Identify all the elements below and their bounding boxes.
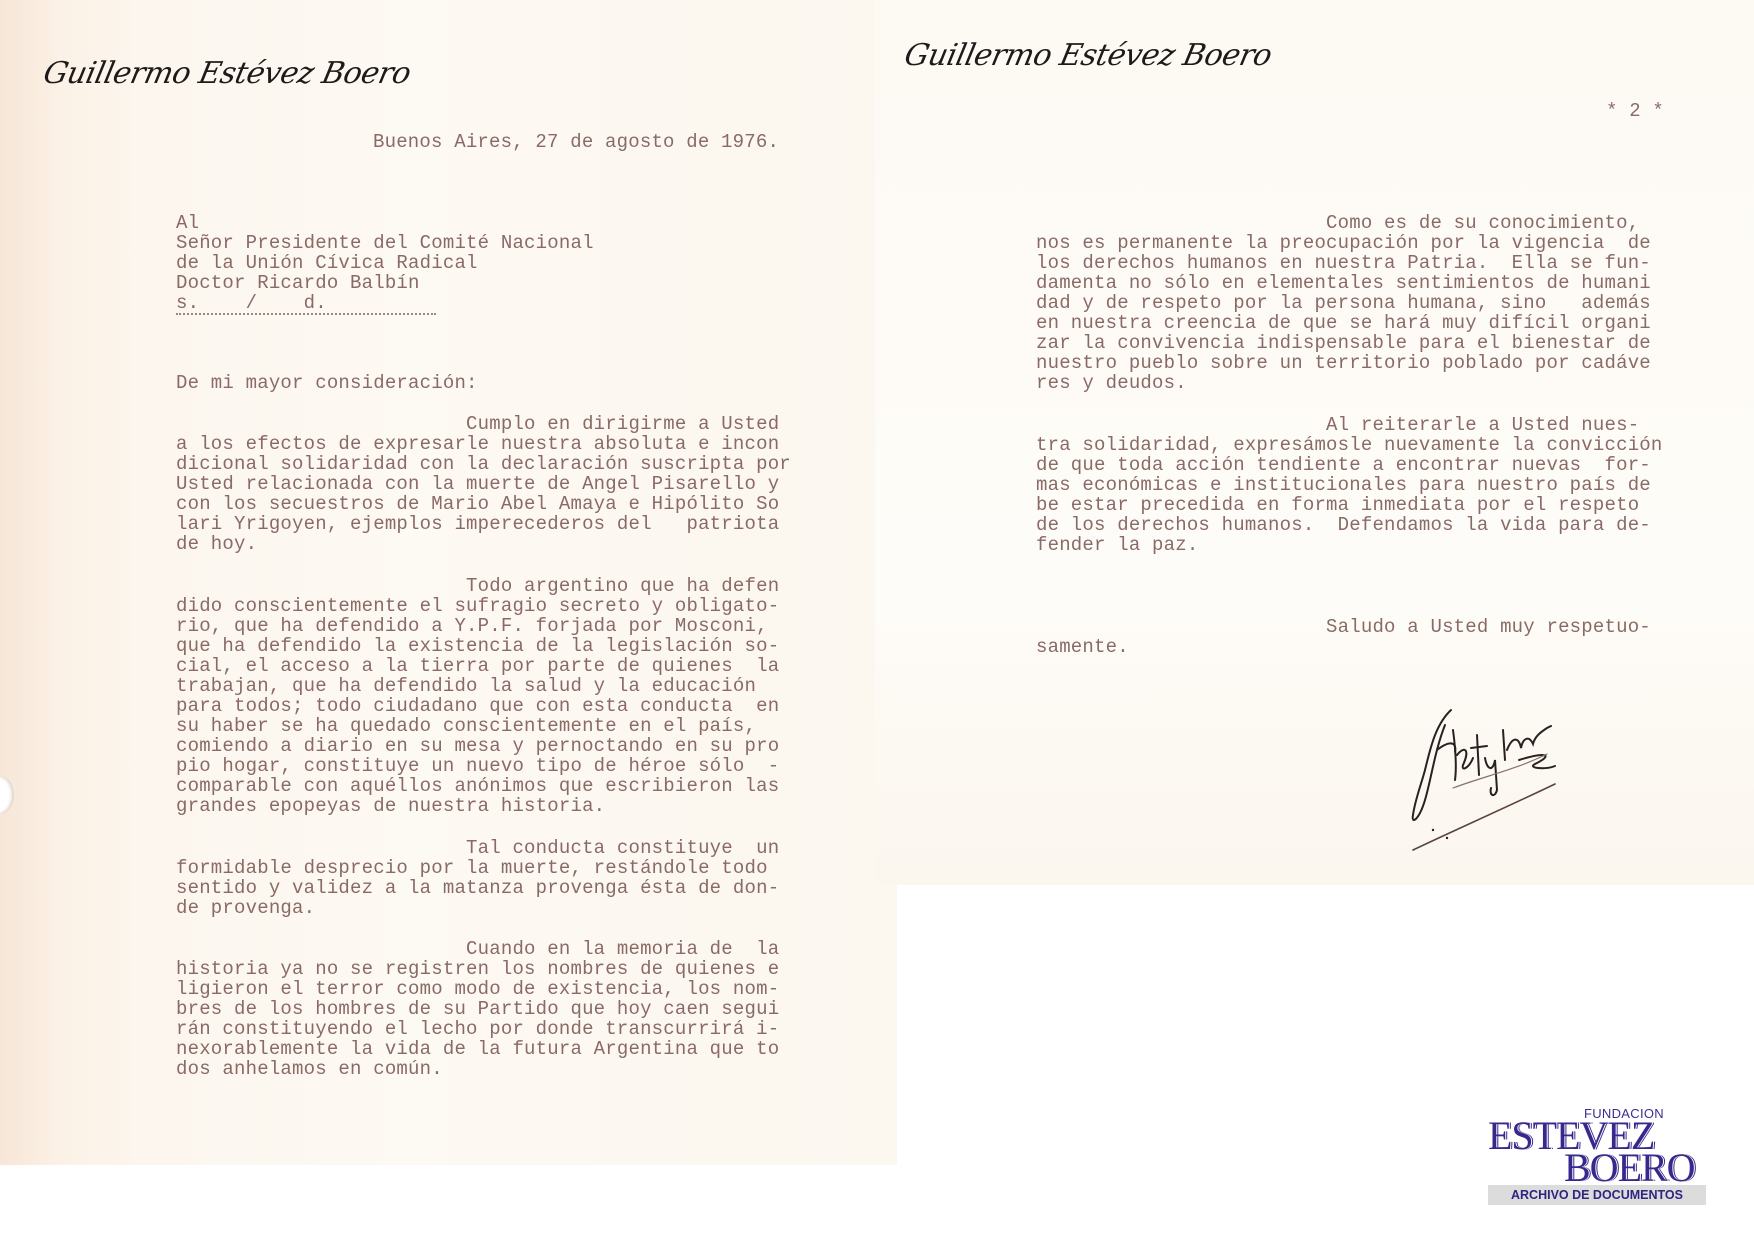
- text-line: de los derechos humanos. Defendamos la v…: [1036, 515, 1651, 535]
- handwritten-signature: [1395, 680, 1595, 880]
- address-line: Al: [176, 213, 199, 233]
- text-line: comiendo a diario en su mesa y pernoctan…: [176, 736, 779, 756]
- text-line: cial, el acceso a la tierra por parte de…: [176, 656, 779, 676]
- date-line: Buenos Aires, 27 de agosto de 1976.: [373, 132, 779, 152]
- text-line: historia ya no se registren los nombres …: [176, 959, 779, 979]
- text-line: Todo argentino que ha defen: [176, 576, 779, 596]
- text-line: su haber se ha quedado conscientemente e…: [176, 716, 756, 736]
- text-line: de hoy.: [176, 534, 257, 554]
- text-line: sentido y validez a la matanza provenga …: [176, 878, 779, 898]
- text-line: Cumplo en dirigirme a Usted: [176, 414, 779, 434]
- text-line: res y deudos.: [1036, 373, 1187, 393]
- text-line: mas económicas e institucionales para nu…: [1036, 475, 1651, 495]
- logo-archive-band: ARCHIVO DE DOCUMENTOS: [1488, 1185, 1706, 1205]
- letter-page-1: Guillermo Estévez Boero Buenos Aires, 27…: [0, 0, 897, 1165]
- text-line: nos es permanente la preocupación por la…: [1036, 233, 1651, 253]
- text-line: en nuestra creencia de que se hará muy d…: [1036, 313, 1651, 333]
- text-line: los derechos humanos en nuestra Patria. …: [1036, 253, 1651, 273]
- text-line: nuestro pueblo sobre un territorio pobla…: [1036, 353, 1651, 373]
- text-line: con los secuestros de Mario Abel Amaya e…: [176, 494, 779, 514]
- address-line: Doctor Ricardo Balbín: [176, 273, 420, 293]
- text-line: damenta no sólo en elementales sentimien…: [1036, 273, 1651, 293]
- address-underline: [176, 313, 436, 315]
- text-line: ligieron el terror como modo de existenc…: [176, 979, 779, 999]
- text-line: trabajan, que ha defendido la salud y la…: [176, 676, 756, 696]
- text-line: bres de los hombres de su Partido que ho…: [176, 999, 779, 1019]
- text-line: dicional solidaridad con la declaración …: [176, 454, 791, 474]
- text-line: dido conscientemente el sufragio secreto…: [176, 596, 779, 616]
- text-line: Como es de su conocimiento,: [1036, 213, 1639, 233]
- letter-page-2: Guillermo Estévez Boero * 2 * Como es de…: [875, 0, 1754, 885]
- text-line: zar la convivencia indispensable para el…: [1036, 333, 1651, 353]
- text-line: formidable desprecio por la muerte, rest…: [176, 858, 768, 878]
- address-line: de la Unión Cívica Radical: [176, 253, 478, 273]
- text-line: samente.: [1036, 637, 1129, 657]
- text-line: dad y de respeto por la persona humana, …: [1036, 293, 1651, 313]
- punch-hole: [0, 776, 14, 814]
- logo-boero: BOERO: [1564, 1148, 1695, 1188]
- text-line: Tal conducta constituye un: [176, 838, 779, 858]
- text-line: comparable con aquéllos anónimos que esc…: [176, 776, 779, 796]
- text-line: rán constituyendo el lecho por donde tra…: [176, 1019, 779, 1039]
- text-line: rio, que ha defendido a Y.P.F. forjada p…: [176, 616, 768, 636]
- text-line: para todos; todo ciudadano que con esta …: [176, 696, 779, 716]
- page-number: * 2 *: [1606, 101, 1664, 121]
- text-line: tra solidaridad, expresámosle nuevamente…: [1036, 435, 1663, 455]
- text-line: lari Yrigoyen, ejemplos imperecederos de…: [176, 514, 779, 534]
- text-line: grandes epopeyas de nuestra historia.: [176, 796, 605, 816]
- text-line: que ha defendido la existencia de la leg…: [176, 636, 779, 656]
- text-line: Usted relacionada con la muerte de Angel…: [176, 474, 779, 494]
- text-line: Al reiterarle a Usted nues-: [1036, 415, 1639, 435]
- text-line: pio hogar, constituye un nuevo tipo de h…: [176, 756, 779, 776]
- text-line: de que toda acción tendiente a encontrar…: [1036, 455, 1651, 475]
- address-line: Señor Presidente del Comité Nacional: [176, 233, 594, 253]
- letterhead-name: Guillermo Estévez Boero: [40, 56, 414, 91]
- text-line: de provenga.: [176, 898, 315, 918]
- text-line: Cuando en la memoria de la: [176, 939, 779, 959]
- salutation: De mi mayor consideración:: [176, 373, 478, 393]
- address-line: s. / d.: [176, 293, 327, 313]
- letterhead-name: Guillermo Estévez Boero: [901, 38, 1275, 73]
- text-line: dos anhelamos en común.: [176, 1059, 443, 1079]
- text-line: Saludo a Usted muy respetuo-: [1036, 617, 1651, 637]
- text-line: a los efectos de expresarle nuestra abso…: [176, 434, 779, 454]
- text-line: fender la paz.: [1036, 535, 1198, 555]
- text-line: nexorablemente la vida de la futura Arge…: [176, 1039, 779, 1059]
- text-line: be estar precedida en forma inmediata po…: [1036, 495, 1639, 515]
